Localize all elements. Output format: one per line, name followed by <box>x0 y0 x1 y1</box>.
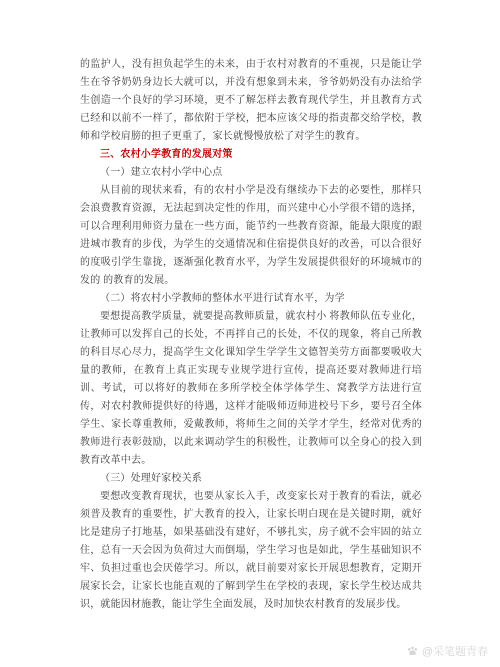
watermark-text: @采笔题青春 <box>422 643 488 659</box>
paragraph-3: 要想改变教育现状，也要从家长入手，改变家长对于教育的看法，就必须普及教育的重要性… <box>80 488 422 614</box>
paragraph-1: 从目前的现状来看，有的农村小学是没有继续办下去的必要性，那样只会浪费教育资源，无… <box>80 182 422 290</box>
paragraph-2: 要想提高教学质量，就要提高教师质量，就农村小 将教师队伍专业化，让教师可以发挥自… <box>80 308 422 470</box>
document-page: 的监护人，没有担负起学生的未来，由于农村对教育的不重视，只是能让学生在爷爷奶奶身… <box>0 0 500 667</box>
document-text-block: 的监护人，没有担负起学生的未来，由于农村对教育的不重视，只是能让学生在爷爷奶奶身… <box>80 56 422 614</box>
subsection-heading-1: （一）建立农村小学中心点 <box>80 164 422 182</box>
continued-paragraph: 的监护人，没有担负起学生的未来，由于农村对教育的不重视，只是能让学生在爷爷奶奶身… <box>80 56 422 146</box>
paw-icon <box>406 645 419 658</box>
section-heading: 三、农村小学教育的发展对策 <box>80 146 422 164</box>
subsection-heading-3: （三）处理好家校关系 <box>80 470 422 488</box>
subsection-heading-2: （二）将农村小学教师的整体水平进行试育水平，为学 <box>80 290 422 308</box>
watermark: @采笔题青春 <box>406 643 488 659</box>
